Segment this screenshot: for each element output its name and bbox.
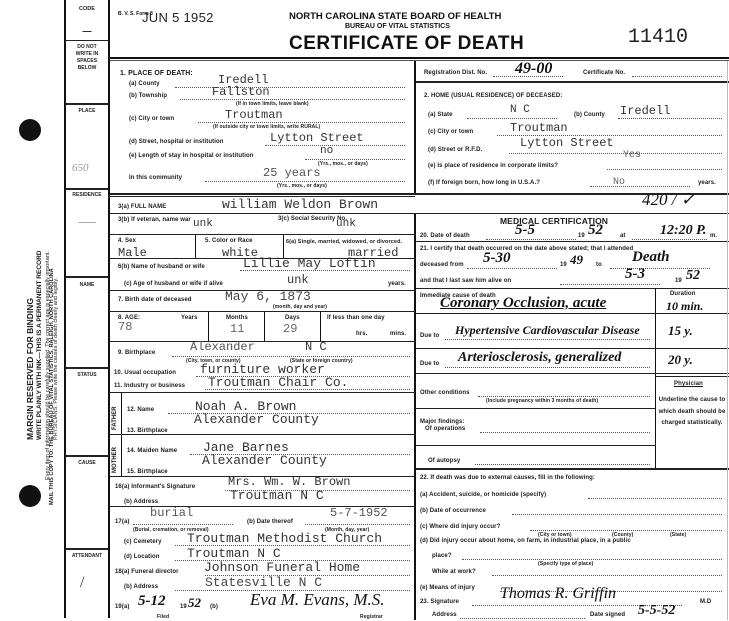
informant-signature-value: Mrs. Wm. W. Brown (228, 475, 350, 489)
while-at-work-label: While at work? (432, 569, 476, 575)
spouse-age-label: (c) Age of husband or wife if alive (124, 281, 223, 287)
cemetery-value: Troutman Methodist Church (187, 531, 382, 546)
filed-label: Filed (157, 614, 169, 620)
sidebar-right-border (108, 0, 110, 618)
cemetery-label: (c) Cemetery (124, 539, 162, 545)
funeral-director-label: 18(a) Funeral director (115, 569, 179, 575)
township-note: (If in town limits, leave blank) (236, 101, 309, 107)
age-months-value: 11 (230, 322, 244, 336)
foreign-born-unit: years. (698, 180, 716, 186)
injury-location-type-label: (d) Did injury occur about home, on farm… (420, 538, 631, 544)
stay-unit: (Yrs., mos., or days) (318, 161, 368, 167)
cause-code-label: CAUSE (66, 460, 108, 466)
registrar-b-label: (b) (210, 604, 218, 610)
spouse-label: 6(b) Name of husband or wife (118, 264, 205, 270)
spouse-value: Lillie May Loftin (243, 256, 376, 271)
birth-date-note: (month, day and year) (273, 304, 327, 310)
father-name-label: 12. Name (127, 407, 154, 413)
age-months-label: Months (226, 315, 248, 321)
date-signed-value: 5-5-52 (638, 603, 675, 619)
death-township-value: Fallston (212, 85, 270, 99)
date-signed-label: Date signed (590, 612, 625, 618)
full-name-value: william Weldon Brown (222, 197, 378, 212)
external-heading: 22. If death was due to external causes,… (420, 475, 595, 481)
duration-label: Duration (670, 291, 695, 297)
sidebar-divider (66, 548, 108, 550)
burial-date-label: (b) Date thereof (247, 519, 293, 525)
name-code-label: NAME (66, 282, 108, 288)
residence-county-value: Iredell (620, 104, 670, 118)
due-to-2-duration: 20 y. (668, 352, 693, 368)
major-findings-label: Major findings: (420, 419, 465, 425)
filed-year-value: 52 (188, 595, 201, 611)
residence-city-label: (c) City or town (428, 129, 473, 135)
certificate-number: 11410 (628, 26, 688, 49)
other-conditions-note: (Include pregnancy within 3 months of de… (486, 398, 598, 404)
residence-county-label: (b) County (574, 112, 605, 118)
occupation-label: 10. Usual occupation (114, 370, 176, 376)
death-year-value: 52 (588, 222, 603, 239)
sidebar-divider (66, 276, 108, 278)
location-value: Troutman N C (187, 546, 281, 561)
m-label: m. (710, 233, 717, 239)
immediate-duration-value: 10 min. (666, 299, 703, 314)
last-seen-year-prefix: 19 (675, 278, 682, 284)
birthplace-state-value: N C (305, 340, 327, 354)
age-days-value: 29 (283, 322, 297, 336)
due-to-2-label: Due to (420, 361, 439, 367)
bureau-name: BUREAU OF VITAL STATISTICS (345, 23, 450, 30)
mother-name-label: 14. Maiden Name (127, 448, 177, 454)
burial-type-value: burial (150, 506, 193, 520)
attendant-mark: / (80, 574, 84, 592)
birth-date-value: May 6, 1873 (225, 289, 311, 304)
township-label: (b) Township (129, 93, 167, 99)
residence-state-value: N C (510, 104, 530, 116)
other-conditions-label: Other conditions (420, 390, 470, 396)
corporate-limits-label: (e) Is place of residence in corporate l… (428, 163, 558, 169)
code-dash: — (66, 26, 108, 36)
underline-note: Underline the cause to which death shoul… (657, 395, 727, 430)
do-not-write-label: DO NOT WRITE IN SPACES BELOW (70, 44, 104, 72)
header-rule (110, 57, 729, 59)
corporate-limits-value: Yes (623, 150, 641, 161)
veteran-value: unk (193, 218, 213, 230)
race-label: 5. Color or Race (205, 238, 253, 244)
hrs-label: hrs. (356, 331, 367, 337)
mins-label: mins. (390, 331, 406, 337)
city-label: (c) City or town (129, 116, 174, 122)
age-days-label: Days (285, 315, 300, 321)
autopsy-label: Of autopsy (428, 458, 460, 464)
sex-label: 4. Sex (118, 238, 136, 244)
binding-hole-bottom (19, 485, 41, 507)
registration-rule (416, 81, 729, 83)
filed-date-value: 5-12 (138, 593, 166, 610)
death-time-value: 12:20 P. (660, 223, 706, 239)
to-label: to (596, 262, 602, 268)
immediate-cause-value: Coronary Occlusion, acute (440, 295, 606, 312)
header-rule-2 (110, 60, 729, 61)
residence-street-label: (d) Street or R.F.D. (428, 147, 482, 153)
code-label: CODE (66, 6, 108, 12)
place-code-note: 650 (72, 162, 89, 174)
sidebar-divider (66, 188, 108, 190)
attended-from-value: 5-30 (483, 250, 511, 267)
sidebar-divider (66, 455, 108, 457)
death-street-value: Lytton Street (270, 131, 364, 145)
death-year-prefix: 19 (578, 233, 585, 239)
injury-place-type-label: place? (432, 553, 452, 559)
certificate-title: CERTIFICATE OF DEATH (289, 33, 524, 55)
physician-address-label: Address (432, 612, 457, 618)
place-type-note: (Specify type of place) (538, 561, 593, 567)
informant-signature-label: 16(a) Informant's Signature (115, 484, 195, 490)
binding-hole-top (19, 119, 41, 141)
mother-birthplace-label: 15. Birthplace (127, 469, 168, 475)
certificate-no-label: Certificate No. (583, 70, 625, 76)
spouse-age-unit: years. (388, 281, 406, 287)
death-date-label: 20. Date of death (420, 233, 470, 239)
status-code-label: STATUS (66, 372, 108, 378)
father-tab: FATHER (112, 406, 118, 430)
injury-state-note: (State) (670, 532, 686, 538)
residence-state-label: (a) State (428, 112, 453, 118)
registration-dist-label: Registration Dist. No. (424, 70, 487, 76)
attended-from-label: deceased from (420, 262, 464, 268)
residence-code-mark (78, 222, 96, 223)
sidebar-divider (66, 367, 108, 369)
birthplace-city-value: Alexander (190, 340, 255, 354)
right-border (727, 61, 728, 620)
birthplace-label: 9. Birthplace (118, 350, 155, 356)
street-label: (d) Street, hospital or institution (129, 139, 224, 145)
last-seen-value: 5-3 (625, 266, 645, 283)
social-security-value: unk (336, 218, 356, 230)
residence-city-value: Troutman (510, 121, 568, 135)
funeral-director-value: Johnson Funeral Home (204, 560, 360, 575)
residence-code-label: RESIDENCE (66, 192, 108, 198)
community-unit: (Yrs., mos., or days) (277, 183, 327, 189)
attended-to-value: Death (632, 249, 670, 266)
registrar-signature: Eva M. Evans, M.S. (250, 590, 385, 610)
age-years-label: Years (181, 315, 198, 321)
less-than-day-label: If less than one day (327, 315, 385, 321)
from-year-value: 49 (570, 252, 583, 268)
due-to-2-value: Arteriosclerosis, generalized (458, 350, 621, 366)
registrar-label: Registrar (360, 614, 383, 620)
occurrence-date-label: (b) Date of occurrence (420, 508, 486, 514)
md-suffix: M.D (700, 599, 711, 605)
community-label: In this community (129, 175, 182, 181)
agency-name: NORTH CAROLINA STATE BOARD OF HEALTH (289, 11, 501, 22)
burial-date-value: 5-7-1952 (330, 506, 388, 520)
industry-label: 11. Industry or business (114, 383, 185, 389)
physician-signature-value: Thomas R. Griffin (500, 585, 616, 603)
mother-birthplace-value: Alexander County (202, 453, 327, 468)
accident-label: (a) Accident, suicide, or homicide (spec… (420, 492, 546, 498)
place-of-death-heading: 1. PLACE OF DEATH: (120, 70, 193, 77)
registration-dist-value: 49-00 (515, 60, 552, 78)
physician-label: Physician (674, 381, 703, 387)
age-years-value: 78 (118, 320, 132, 334)
residence-heading: 2. HOME (USUAL RESIDENCE) OF DECEASED: (424, 93, 562, 99)
place-code-label: PLACE (66, 108, 108, 114)
spouse-age-value: unk (287, 273, 309, 287)
informant-address-value: Troutman N C (230, 488, 324, 503)
residence-street-value: Lytton Street (520, 136, 614, 150)
birth-date-label: 7. Birth date of deceased (118, 297, 192, 303)
stay-label: (e) Length of stay in hospital or instit… (129, 153, 254, 159)
received-stamp: JUN 5 1952 (142, 10, 214, 25)
county-label: (a) County (129, 81, 160, 87)
sidebar-divider (66, 103, 108, 105)
foreign-born-label: (f) If foreign born, how long in U.S.A.? (428, 180, 540, 186)
burial-label: 17(a) (115, 519, 130, 525)
father-birthplace-value: Alexander County (194, 412, 319, 427)
means-of-injury-label: (e) Means of injury (420, 585, 475, 591)
foreign-born-value: No (613, 177, 625, 188)
filed-year-prefix: 19 (180, 604, 187, 610)
filed-label-num: 19(a) (115, 604, 130, 610)
margin-ink-text: WRITE PLAINLY WITH INK—THIS IS A PERMANE… (36, 251, 43, 440)
injury-place-label: (c) Where did injury occur? (420, 524, 500, 530)
informant-address-label: (b) Address (124, 499, 158, 505)
due-to-1-duration: 15 y. (668, 323, 693, 339)
due-to-1-value: Hypertensive Cardiovascular Disease (455, 323, 640, 338)
death-date-value: 5-5 (515, 222, 535, 239)
attendant-code-label: ATTENDANT (66, 553, 108, 559)
from-year-prefix: 19 (560, 262, 567, 268)
at-label: at (620, 233, 626, 239)
operations-label: Of operations (425, 426, 465, 432)
community-value: 25 years (263, 166, 321, 180)
due-to-1-label: Due to (420, 333, 439, 339)
veteran-label: 3(b) If veteran, name war (118, 216, 191, 224)
city-note: (If outside city or town limits, write R… (213, 124, 320, 130)
death-city-value: Troutman (225, 108, 283, 122)
physician-signature-label: 23. Signature (420, 599, 459, 605)
funeral-address-value: Statesville N C (205, 575, 322, 590)
margin-mail-text-visible: MAIL THIS COPY TO: THE BUREAU OF VITAL S… (49, 268, 55, 505)
stay-value: no (320, 145, 333, 157)
sidebar-divider (66, 40, 108, 41)
mother-tab: MOTHER (112, 447, 118, 473)
sidebar-left-border (64, 0, 66, 618)
last-seen-label: and that I last saw him alive on (420, 278, 511, 284)
last-seen-year-value: 52 (686, 268, 700, 284)
full-name-label: 3(a) FULL NAME (118, 204, 166, 210)
main-divider-lower (414, 213, 416, 620)
location-label: (d) Location (124, 554, 160, 560)
funeral-address-label: (b) Address (124, 584, 158, 590)
section-rule (110, 193, 729, 195)
certify-text: 21. I certify that death occurred on the… (420, 246, 633, 252)
industry-value: Troutman Chair Co. (208, 375, 348, 390)
margin-binding-text: MARGIN RESERVED FOR BINDING (25, 298, 35, 440)
